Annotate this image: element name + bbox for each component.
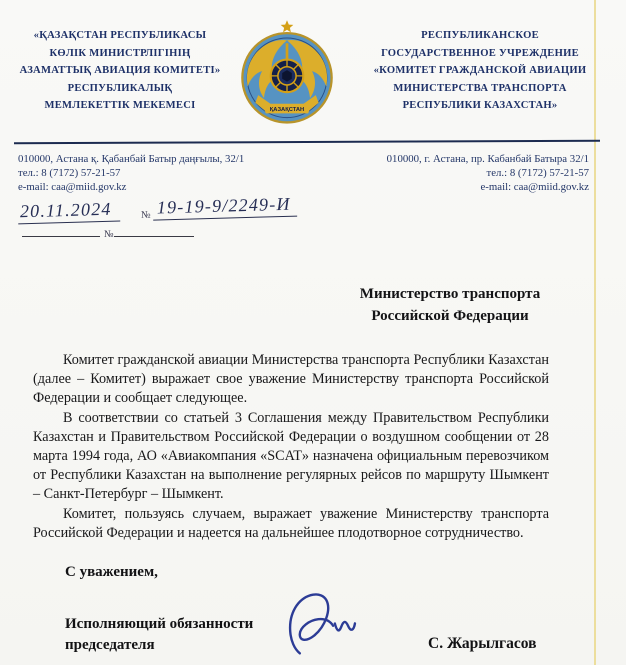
org-name-russian-line: МИНИСТЕРСТВА ТРАНСПОРТА bbox=[352, 80, 608, 98]
recipient-line: Российской Федерации bbox=[352, 305, 548, 327]
signer-position: Исполняющий обязанности председателя bbox=[65, 614, 285, 656]
header-divider bbox=[14, 140, 600, 145]
contacts-kazakh: 010000, Астана қ. Қабанбай Батыр даңғылы… bbox=[18, 153, 244, 194]
blank-date-line bbox=[22, 236, 100, 237]
recipient-line: Министерство транспорта bbox=[352, 283, 548, 305]
contacts-kazakh-address: 010000, Астана қ. Қабанбай Батыр даңғылы… bbox=[18, 153, 244, 167]
letter-number-handwritten: 19-19-9/2249-И bbox=[153, 194, 297, 221]
org-name-russian-line: РЕСПУБЛИКИ КАЗАХСТАН» bbox=[352, 97, 608, 115]
letter-body: Комитет гражданской авиации Министерства… bbox=[33, 351, 549, 543]
blank-number-line bbox=[114, 236, 194, 237]
org-name-kazakh: «ҚАЗАҚСТАН РЕСПУБЛИКАСЫ КӨЛІК МИНИСТРЛІГ… bbox=[6, 27, 234, 115]
org-name-russian: РЕСПУБЛИКАНСКОЕ ГОСУДАРСТВЕННОЕ УЧРЕЖДЕН… bbox=[352, 27, 608, 115]
letter-document: «ҚАЗАҚСТАН РЕСПУБЛИКАСЫ КӨЛІК МИНИСТРЛІГ… bbox=[0, 0, 626, 665]
signer-position-line: Исполняющий обязанности bbox=[65, 614, 285, 635]
body-paragraph: Комитет, пользуясь случаем, выражает ува… bbox=[33, 505, 549, 543]
org-name-russian-line: РЕСПУБЛИКАНСКОЕ bbox=[352, 27, 608, 45]
signer-name: С. Жарылгасов bbox=[428, 633, 536, 654]
org-name-kazakh-line: «ҚАЗАҚСТАН РЕСПУБЛИКАСЫ bbox=[6, 27, 234, 45]
org-name-kazakh-line: АЗАМАТТЫҚ АВИАЦИЯ КОМИТЕТІ» bbox=[6, 62, 234, 80]
signer-position-line: председателя bbox=[65, 635, 285, 656]
contacts-russian: 010000, г. Астана, пр. Кабанбай Батыра 3… bbox=[330, 153, 589, 194]
org-name-kazakh-line: РЕСПУБЛИКАЛЫҚ bbox=[6, 80, 234, 98]
closing-salutation: С уважением, bbox=[65, 562, 158, 583]
emblem-banner-text: ҚАЗАҚСТАН bbox=[270, 107, 304, 113]
org-name-russian-line: «КОМИТЕТ ГРАЖДАНСКОЙ АВИАЦИИ bbox=[352, 62, 608, 80]
body-paragraph: Комитет гражданской авиации Министерства… bbox=[33, 351, 549, 409]
handwritten-signature-icon bbox=[283, 588, 378, 663]
contacts-kazakh-phone: тел.: 8 (7172) 57-21-57 bbox=[18, 167, 244, 181]
contacts-kazakh-email: e-mail: caa@miid.gov.kz bbox=[18, 181, 244, 195]
kazakhstan-emblem-icon: ҚАЗАҚСТАН bbox=[239, 20, 335, 126]
recipient-block: Министерство транспорта Российской Федер… bbox=[352, 283, 548, 327]
org-name-kazakh-line: МЕМЛЕКЕТТІК МЕКЕМЕСІ bbox=[6, 97, 234, 115]
reference-blank-line: № bbox=[20, 218, 280, 240]
number-sign: № bbox=[104, 229, 114, 240]
org-name-russian-line: ГОСУДАРСТВЕННОЕ УЧРЕЖДЕНИЕ bbox=[352, 45, 608, 63]
body-paragraph: В соответствии со статьей 3 Соглашения м… bbox=[33, 409, 549, 505]
contacts-russian-address: 010000, г. Астана, пр. Кабанбай Батыра 3… bbox=[330, 153, 589, 167]
contacts-russian-email: e-mail: caa@miid.gov.kz bbox=[330, 181, 589, 195]
contacts-russian-phone: тел.: 8 (7172) 57-21-57 bbox=[330, 167, 589, 181]
org-name-kazakh-line: КӨЛІК МИНИСТРЛІГІНІҢ bbox=[6, 45, 234, 63]
